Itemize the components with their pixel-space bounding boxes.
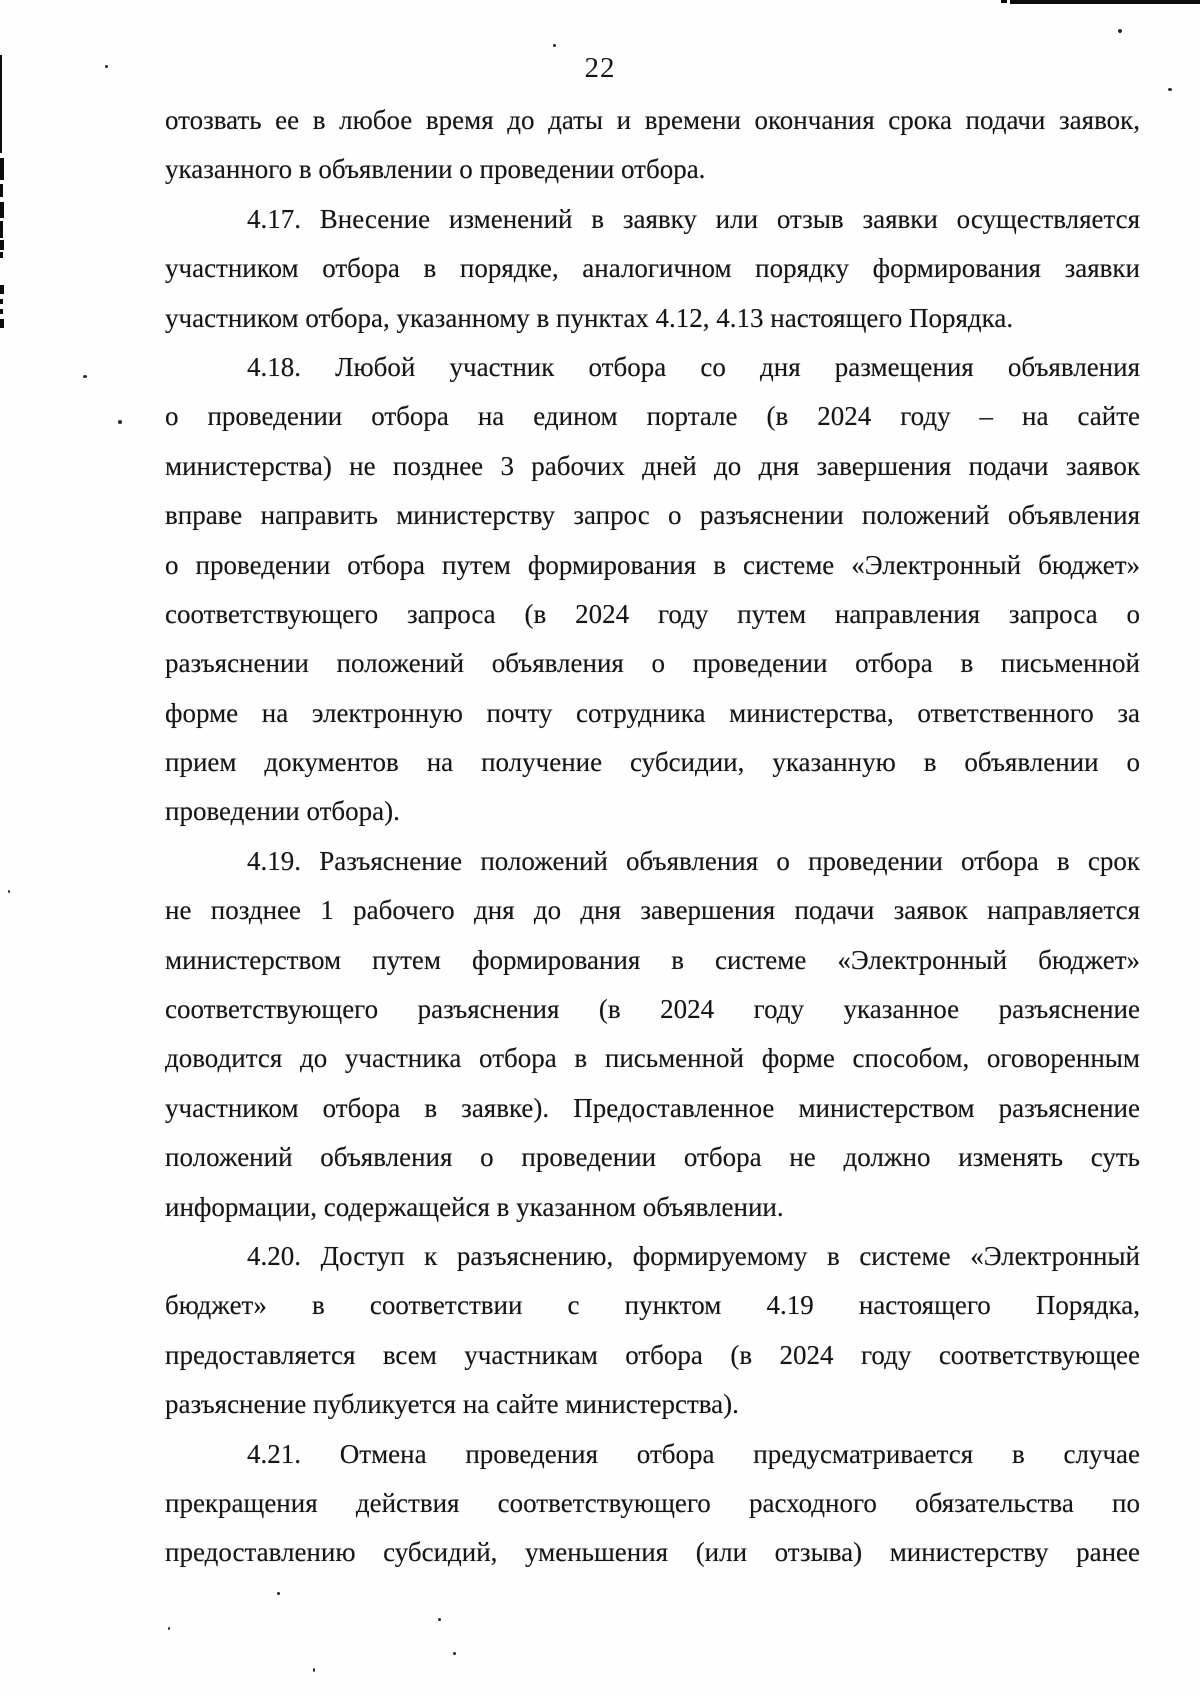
text-line: министерством путем формирования в систе… [165, 936, 1140, 985]
paragraph: 4.20. Доступ к разъяснению, формируемому… [165, 1232, 1140, 1430]
document-body: отозвать ее в любое время до даты и врем… [165, 96, 1140, 1578]
scan-artifact-edge-dash [0, 184, 3, 197]
text-line: соответствующего запроса (в 2024 году пу… [165, 590, 1140, 639]
scan-speck [438, 1618, 441, 1621]
scanned-document-page: 22 отозвать ее в любое время до даты и в… [0, 0, 1200, 1697]
text-line: о проведении отбора путем формирования в… [165, 541, 1140, 590]
scan-artifact-top-bar-dash [1001, 0, 1007, 3]
text-line: не позднее 1 рабочего дня до дня заверше… [165, 886, 1140, 935]
scan-artifact-edge-dash [0, 285, 4, 294]
scan-speck [168, 1627, 170, 1630]
paragraph: 4.19. Разъяснение положений объявления о… [165, 837, 1140, 1232]
scan-artifact-edge-dash [0, 158, 4, 180]
text-line: 4.19. Разъяснение положений объявления о… [165, 837, 1140, 886]
scan-speck [453, 1652, 456, 1655]
scan-speck [8, 890, 10, 893]
text-line: форме на электронную почту сотрудника ми… [165, 689, 1140, 738]
text-line: отозвать ее в любое время до даты и врем… [165, 96, 1140, 145]
text-line: 4.21. Отмена проведения отбора предусмат… [165, 1430, 1140, 1479]
scan-artifact-edge-dash [0, 252, 3, 258]
paragraph: 4.17. Внесение изменений в заявку или от… [165, 195, 1140, 343]
scan-speck [83, 375, 87, 378]
text-line: участником отбора в заявке). Предоставле… [165, 1084, 1140, 1133]
text-line: 4.18. Любой участник отбора со дня разме… [165, 343, 1140, 392]
scan-artifact-edge-dash [0, 309, 3, 314]
text-line: о проведении отбора на едином портале (в… [165, 392, 1140, 441]
scan-artifact-edge-dash [0, 240, 4, 250]
text-line: 4.20. Доступ к разъяснению, формируемому… [165, 1232, 1140, 1281]
scan-speck [313, 1668, 315, 1672]
text-line: информации, содержащейся в указанном объ… [165, 1183, 1140, 1232]
text-line: 4.17. Внесение изменений в заявку или от… [165, 195, 1140, 244]
scan-speck [277, 1592, 280, 1595]
paragraph: 4.21. Отмена проведения отбора предусмат… [165, 1430, 1140, 1578]
text-line: предоставляется всем участникам отбора (… [165, 1331, 1140, 1380]
text-line: предоставлению субсидий, уменьшения (или… [165, 1528, 1140, 1577]
scan-artifact-edge-dash [0, 299, 3, 304]
text-line: участником отбора в порядке, аналогичном… [165, 244, 1140, 293]
text-line: положений объявления о проведении отбора… [165, 1133, 1140, 1182]
text-line: прием документов на получение субсидии, … [165, 738, 1140, 787]
text-line: бюджет» в соответствии с пунктом 4.19 на… [165, 1281, 1140, 1330]
text-line: вправе направить министерству запрос о р… [165, 491, 1140, 540]
text-line: министерства) не позднее 3 рабочих дней … [165, 442, 1140, 491]
text-line: участником отбора, указанному в пунктах … [165, 294, 1140, 343]
scan-speck [1118, 29, 1122, 33]
text-line: указанного в объявлении о проведении отб… [165, 145, 1140, 194]
scan-speck [1168, 88, 1172, 91]
text-line: доводится до участника отбора в письменн… [165, 1034, 1140, 1083]
scan-artifact-edge-dash [0, 221, 3, 238]
paragraph: отозвать ее в любое время до даты и врем… [165, 96, 1140, 195]
page-number: 22 [0, 52, 1200, 85]
text-line: прекращения действия соответствующего ра… [165, 1479, 1140, 1528]
scan-artifact-top-bar [1010, 0, 1200, 4]
paragraph: 4.18. Любой участник отбора со дня разме… [165, 343, 1140, 837]
text-line: разъяснении положений объявления о прове… [165, 639, 1140, 688]
scan-speck [118, 420, 122, 424]
text-line: разъяснение публикуется на сайте министе… [165, 1380, 1140, 1429]
text-line: соответствующего разъяснения (в 2024 год… [165, 985, 1140, 1034]
scan-artifact-edge-dash [0, 202, 4, 218]
text-line: проведении отбора). [165, 787, 1140, 836]
scan-artifact-edge-dash [0, 319, 4, 328]
scan-speck [553, 44, 556, 47]
